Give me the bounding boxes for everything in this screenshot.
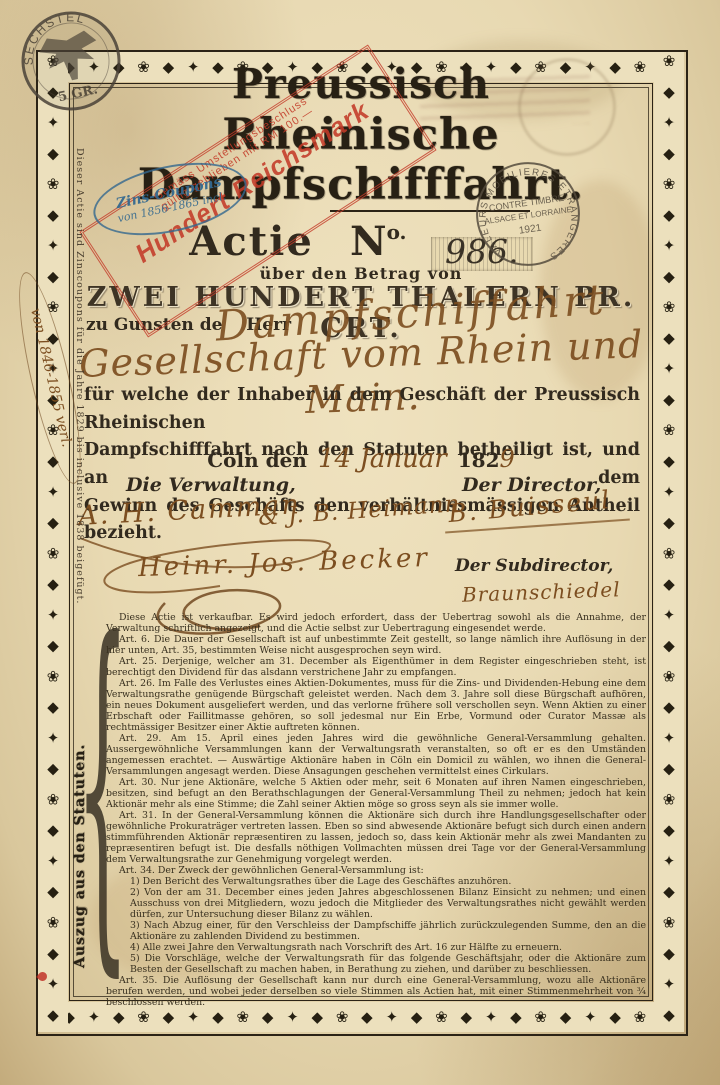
statute-paragraph: Art. 35. Die Auflösung der Gesellschaft … [106,975,646,1008]
place-date-row: Cöln den 14 Januar 1829 [76,444,646,474]
border-band-right: ❀ ◆ ✦ ◆ ❀ ◆ ✦ ◆ ❀ ◆ ✦ ◆ ❀ ◆ ✦ ◆ ❀ ◆ ✦ ◆ … [654,52,684,1032]
statute-list-item: 1) Den Bericht des Verwaltungsrathes übe… [106,876,646,887]
subdirector-label: Der Subdirector, [455,556,613,576]
statute-paragraph: Art. 30. Nur jene Aktionäre, welche 5 Ak… [106,777,646,810]
statute-paragraph: Art. 29. Am 15. April eines jeden Jahres… [106,733,646,777]
french-tax-stamp: VALEURS MOBILIERES ETRANGERES CONTRE TIM… [465,151,591,277]
svg-text:1921: 1921 [518,223,542,237]
share-certificate-scan: ❀ ◆ ✦ ◆ ❀ ◆ ✦ ◆ ❀ ◆ ✦ ◆ ❀ ◆ ✦ ◆ ❀ ◆ ✦ ◆ … [0,0,720,1085]
statute-paragraph: Diese Actie ist verkaufbar. Es wird jedo… [106,612,646,634]
border-band-left: ❀ ◆ ✦ ◆ ❀ ◆ ✦ ◆ ❀ ◆ ✦ ◆ ❀ ◆ ✦ ◆ ❀ ◆ ✦ ◆ … [38,52,68,1032]
statute-paragraph: Art. 25. Derjenige, welcher am 31. Decem… [106,656,646,678]
statute-list-item: 5) Die Vorschläge, welche der Verwaltung… [106,953,646,975]
body-line-1: für welche der Inhaber in dem Geschäft d… [84,382,640,437]
statute-list-item: 3) Nach Abzug einer, für den Verschleiss… [106,920,646,942]
statutes-block: Diese Actie ist verkaufbar. Es wird jedo… [106,612,646,1008]
no-superscript: o. [387,220,407,244]
statute-list-item: 2) Von der am 31. December eines jeden J… [106,887,646,920]
statute-paragraph: Art. 6. Die Dauer der Gesellschaft ist a… [106,634,646,656]
statute-paragraph: Art. 31. In der General-Versammlung könn… [106,810,646,865]
year-printed: 182 [458,448,500,472]
date-handwritten: 14 Januar [318,444,447,474]
no-label: N [350,218,387,265]
statute-paragraph: Art. 26. Im Falle des Verlustes eines Ak… [106,678,646,733]
year-handwritten-digit: 9 [499,445,514,473]
statute-paragraph: Art. 34. Der Zweck der gewöhnlichen Gene… [106,865,646,876]
statute-list-item: 4) Alle zwei Jahre den Verwaltungsrath n… [106,942,646,953]
place-label: Cöln den [207,448,307,472]
